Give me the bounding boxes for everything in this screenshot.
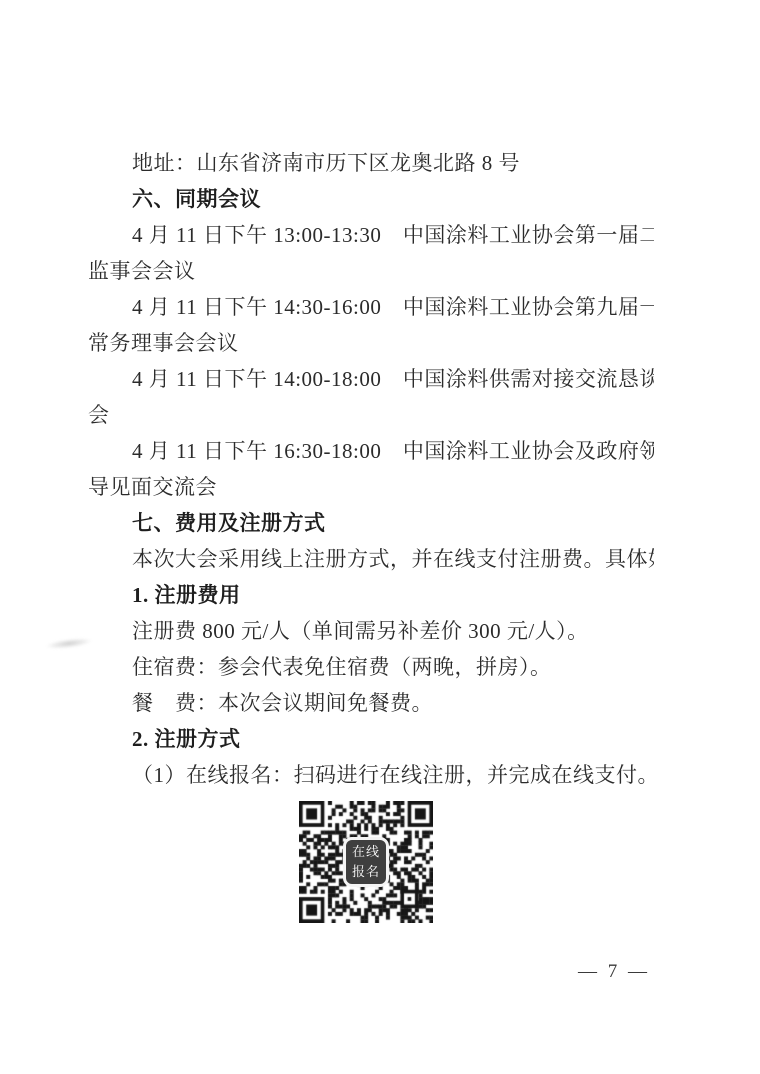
text-line: 注册费 800 元/人（单间需另补差价 300 元/人）。 (88, 613, 654, 649)
text-line: 4 月 11 日下午 14:30-16:00 中国涂料工业协会第九届一次 (88, 289, 654, 325)
text-line: 住宿费：参会代表免住宿费（两晚，拼房）。 (88, 649, 654, 685)
qr-label-line1: 在线 (346, 842, 386, 862)
qr-code: 在线 报名 (299, 801, 433, 923)
text-line: 本次大会采用线上注册方式，并在线支付注册费。具体如下: (88, 541, 654, 577)
text-line: 七、费用及注册方式 (88, 505, 654, 541)
text-line: 1. 注册费用 (88, 577, 654, 613)
qr-label-line2: 报名 (346, 862, 386, 882)
text-line: 餐 费：本次会议期间免餐费。 (88, 685, 654, 721)
text-line: 2. 注册方式 (88, 721, 654, 757)
text-line: 六、同期会议 (88, 181, 654, 217)
scan-artifact (46, 636, 93, 651)
text-line: 地址：山东省济南市历下区龙奥北路 8 号 (88, 145, 654, 181)
text-line: 导见面交流会 (88, 469, 654, 505)
document-page: 地址：山东省济南市历下区龙奥北路 8 号六、同期会议4 月 11 日下午 13:… (0, 0, 760, 1074)
text-line: 4 月 11 日下午 13:00-13:30 中国涂料工业协会第一届二次 (88, 217, 654, 253)
text-line: 常务理事会会议 (88, 325, 654, 361)
text-line: 4 月 11 日下午 14:00-18:00 中国涂料供需对接交流恳谈 (88, 361, 654, 397)
text-line: （1）在线报名：扫码进行在线注册，并完成在线支付。 (88, 757, 654, 793)
text-line: 4 月 11 日下午 16:30-18:00 中国涂料工业协会及政府领 (88, 433, 654, 469)
text-line: 监事会会议 (88, 253, 654, 289)
text-line: 会 (88, 397, 654, 433)
qr-center-label: 在线 报名 (343, 837, 389, 887)
document-body: 地址：山东省济南市历下区龙奥北路 8 号六、同期会议4 月 11 日下午 13:… (88, 145, 654, 793)
page-number: — 7 — (578, 961, 650, 983)
